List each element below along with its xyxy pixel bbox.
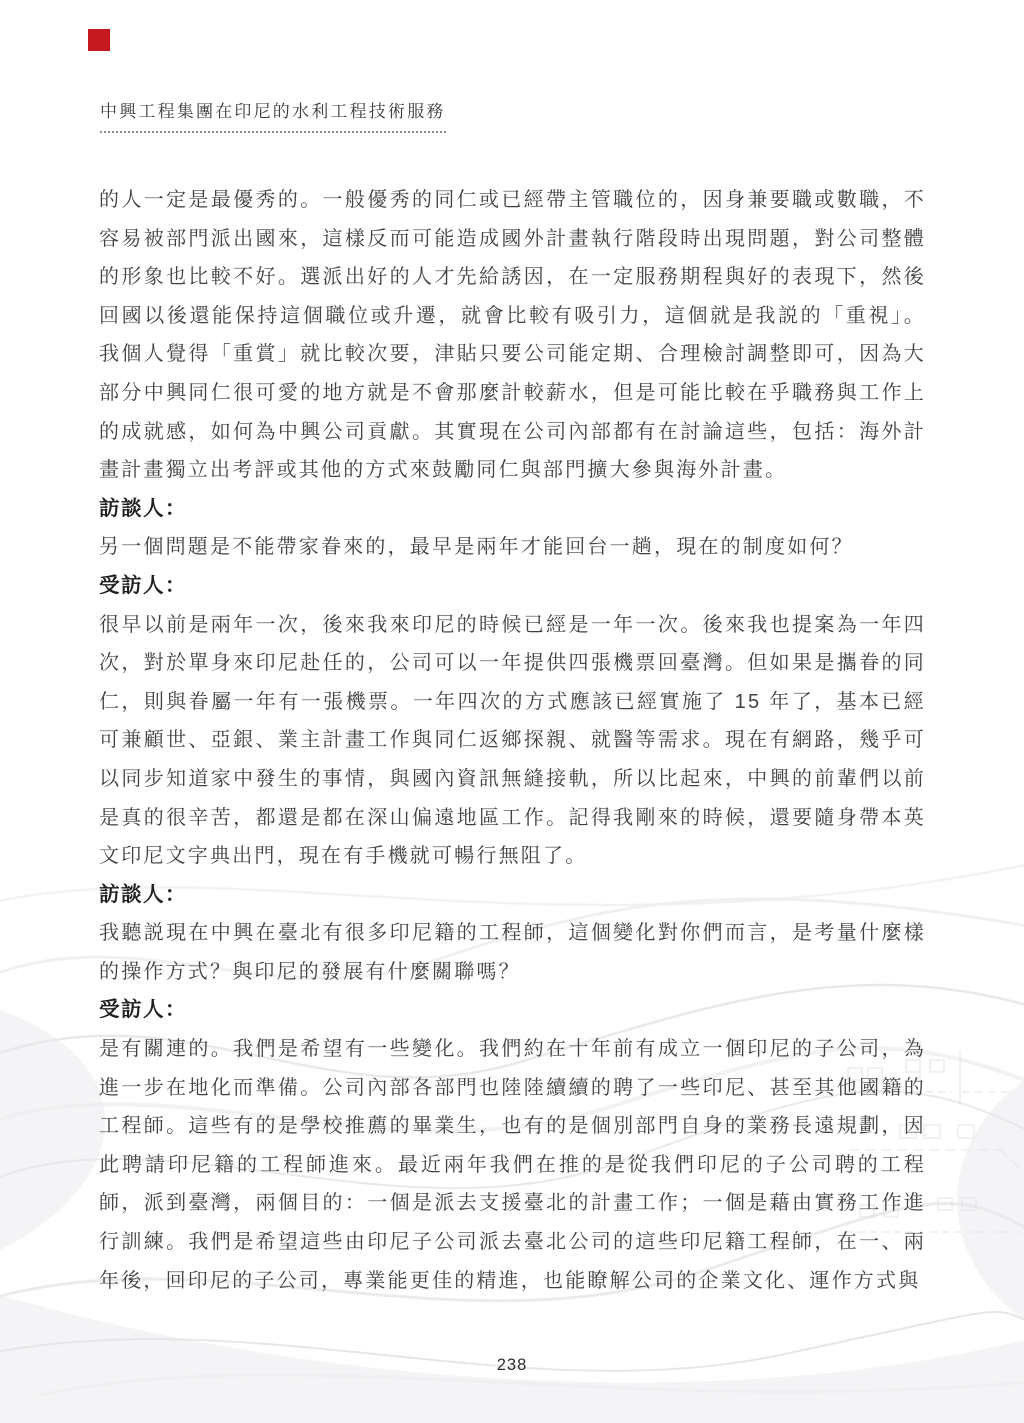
speaker-label-interviewer: 訪談人： [99, 490, 926, 529]
speaker-label-interviewer: 訪談人： [99, 876, 926, 915]
speaker-label-interviewee: 受訪人： [99, 567, 926, 606]
paragraph: 很早以前是兩年一次，後來我來印尼的時候已經是一年一次。後來我也提案為一年四次，對… [99, 606, 926, 876]
speaker-label-interviewee: 受訪人： [99, 991, 926, 1030]
paragraph: 的人一定是最優秀的。一般優秀的同仁或已經帶主管職位的，因身兼要職或數職，不容易被… [99, 181, 926, 490]
page-footer: 238 [0, 1356, 1024, 1375]
paragraph: 我聽説現在中興在臺北有很多印尼籍的工程師，這個變化對你們而言，是考量什麼樣的操作… [99, 914, 926, 991]
page-body: 的人一定是最優秀的。一般優秀的同仁或已經帶主管職位的，因身兼要職或數職，不容易被… [99, 181, 926, 1300]
paragraph: 另一個問題是不能帶家眷來的，最早是兩年才能回台一趟，現在的制度如何？ [99, 528, 926, 567]
page-number: 238 [497, 1356, 528, 1374]
paragraph: 是有關連的。我們是希望有一些變化。我們約在十年前有成立一個印尼的子公司，為進一步… [99, 1030, 926, 1300]
chapter-marker-square [88, 29, 110, 51]
book-page: 中興工程集團在印尼的水利工程技術服務 的人一定是最優秀的。一般優秀的同仁或已經帶… [0, 0, 1024, 1423]
running-header-title: 中興工程集團在印尼的水利工程技術服務 [100, 97, 446, 133]
